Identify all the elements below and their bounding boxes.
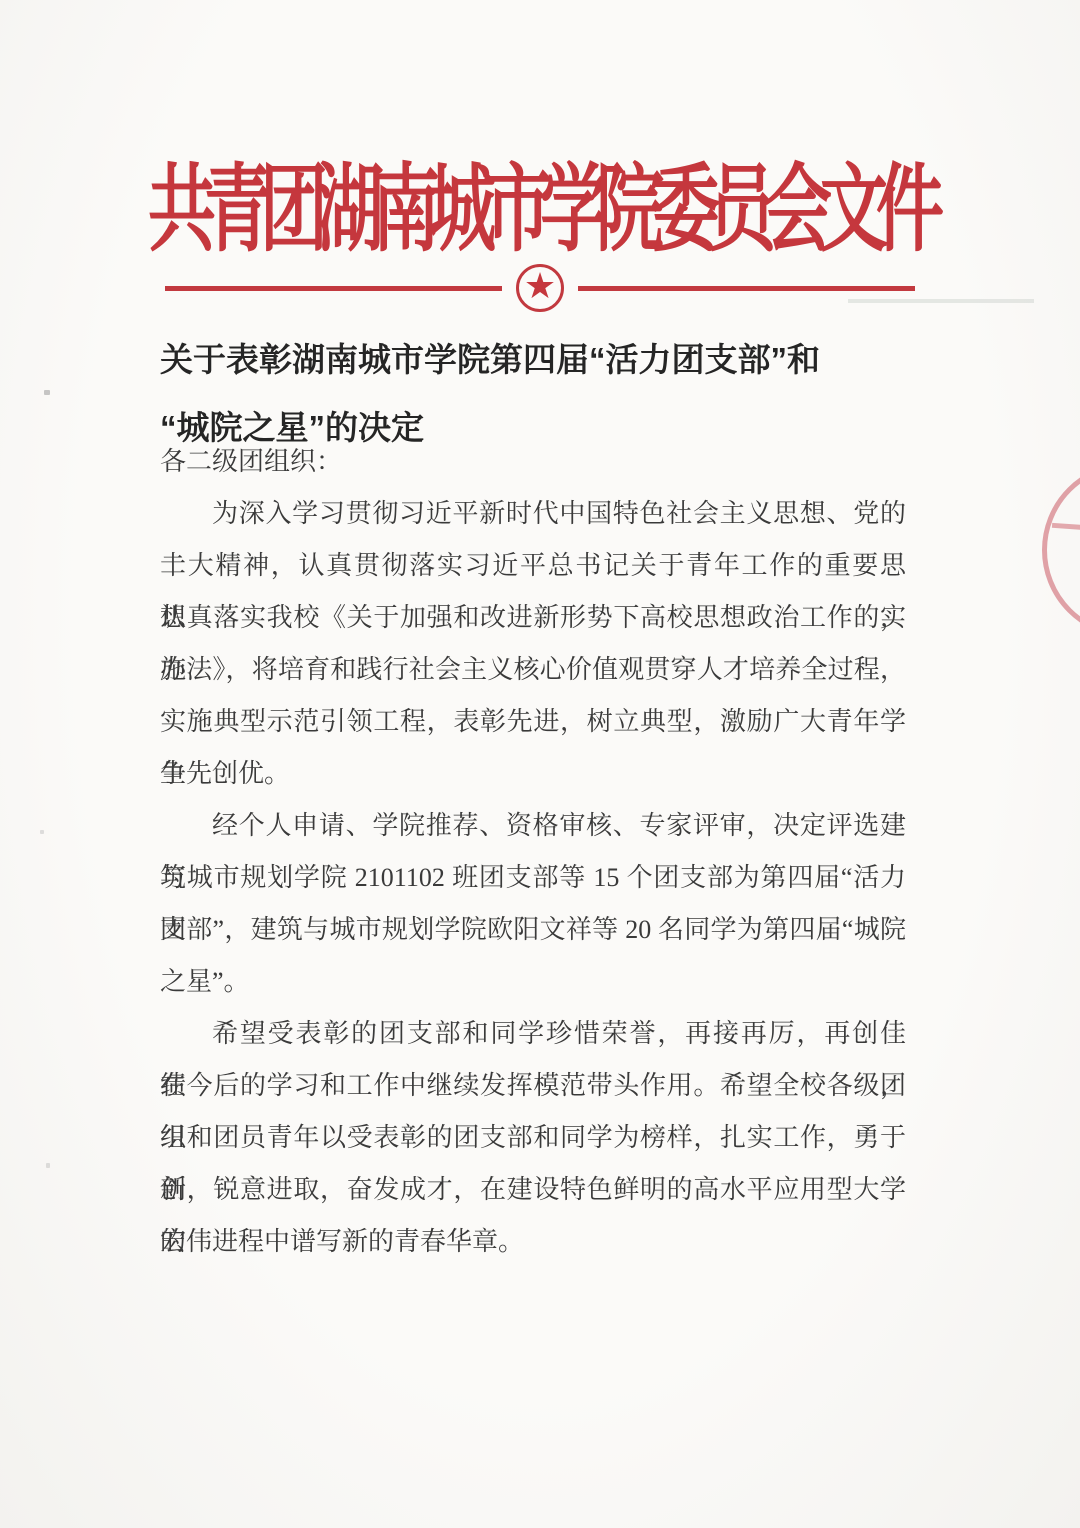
paragraph-3-line: 在今后的学习和工作中继续发挥模范带头作用。希望全校各级团组 [160,1060,906,1112]
paragraph-2-line: 支部”，建筑与城市规划学院欧阳文祥等 20 名同学为第四届“城院 [160,904,906,956]
paragraph-1-line: 十大精神，认真贯彻落实习近平总书记关于青年工作的重要思想， [160,540,906,592]
scan-artifact [40,830,44,834]
paragraph-3-line: 织和团员青年以受表彰的团支部和同学为榜样，扎实工作，勇于创 [160,1112,906,1164]
official-seal-partial [1042,462,1080,638]
paragraph-2-line: 之星”。 [160,956,906,1008]
paragraph-3-line: 新，锐意进取，奋发成才，在建设特色鲜明的高水平应用型大学的 [160,1164,906,1216]
divider-rule-right [578,286,915,291]
paragraph-3-line: 希望受表彰的团支部和同学珍惜荣誉，再接再厉，再创佳绩， [160,1008,906,1060]
paragraph-2-line: 经个人申请、学院推荐、资格审核、专家评审，决定评选建筑 [160,800,906,852]
paragraph-2-line: 与城市规划学院 2101102 班团支部等 15 个团支部为第四届“活力团 [160,852,906,904]
letterhead-divider: ★ [165,262,915,314]
scanned-document-page: 共青团湖南城市学院委员会文件 ★ 关于表彰湖南城市学院第四届“活力团支部”和 “… [0,0,1080,1528]
paragraph-1-line: 为深入学习贯彻习近平新时代中国特色社会主义思想、党的二 [160,488,906,540]
scan-artifact [44,390,50,395]
paragraph-1-line: 认真落实我校《关于加强和改进新形势下高校思想政治工作的实施 [160,592,906,644]
paragraph-1-line: 办法》，将培育和践行社会主义核心价值观贯穿人才培养全过程， [160,644,906,696]
paragraph-1-line: 争先创优。 [160,748,906,800]
scan-artifact [848,299,1034,303]
letterhead-banner: 共青团湖南城市学院委员会文件 [0,134,1080,270]
document-title-line-1: 关于表彰湖南城市学院第四届“活力团支部”和 [160,326,920,394]
paragraph-1-line: 实施典型示范引领工程，表彰先进，树立典型，激励广大青年学生 [160,696,906,748]
divider-rule-left [165,286,502,291]
paragraph-3-line: 宏伟进程中谱写新的青春华章。 [160,1216,906,1268]
document-body: 各二级团组织： 为深入学习贯彻习近平新时代中国特色社会主义思想、党的二 十大精神… [160,436,906,1268]
star-icon: ★ [516,264,564,312]
scan-artifact [46,1163,50,1168]
salutation: 各二级团组织： [160,436,906,488]
